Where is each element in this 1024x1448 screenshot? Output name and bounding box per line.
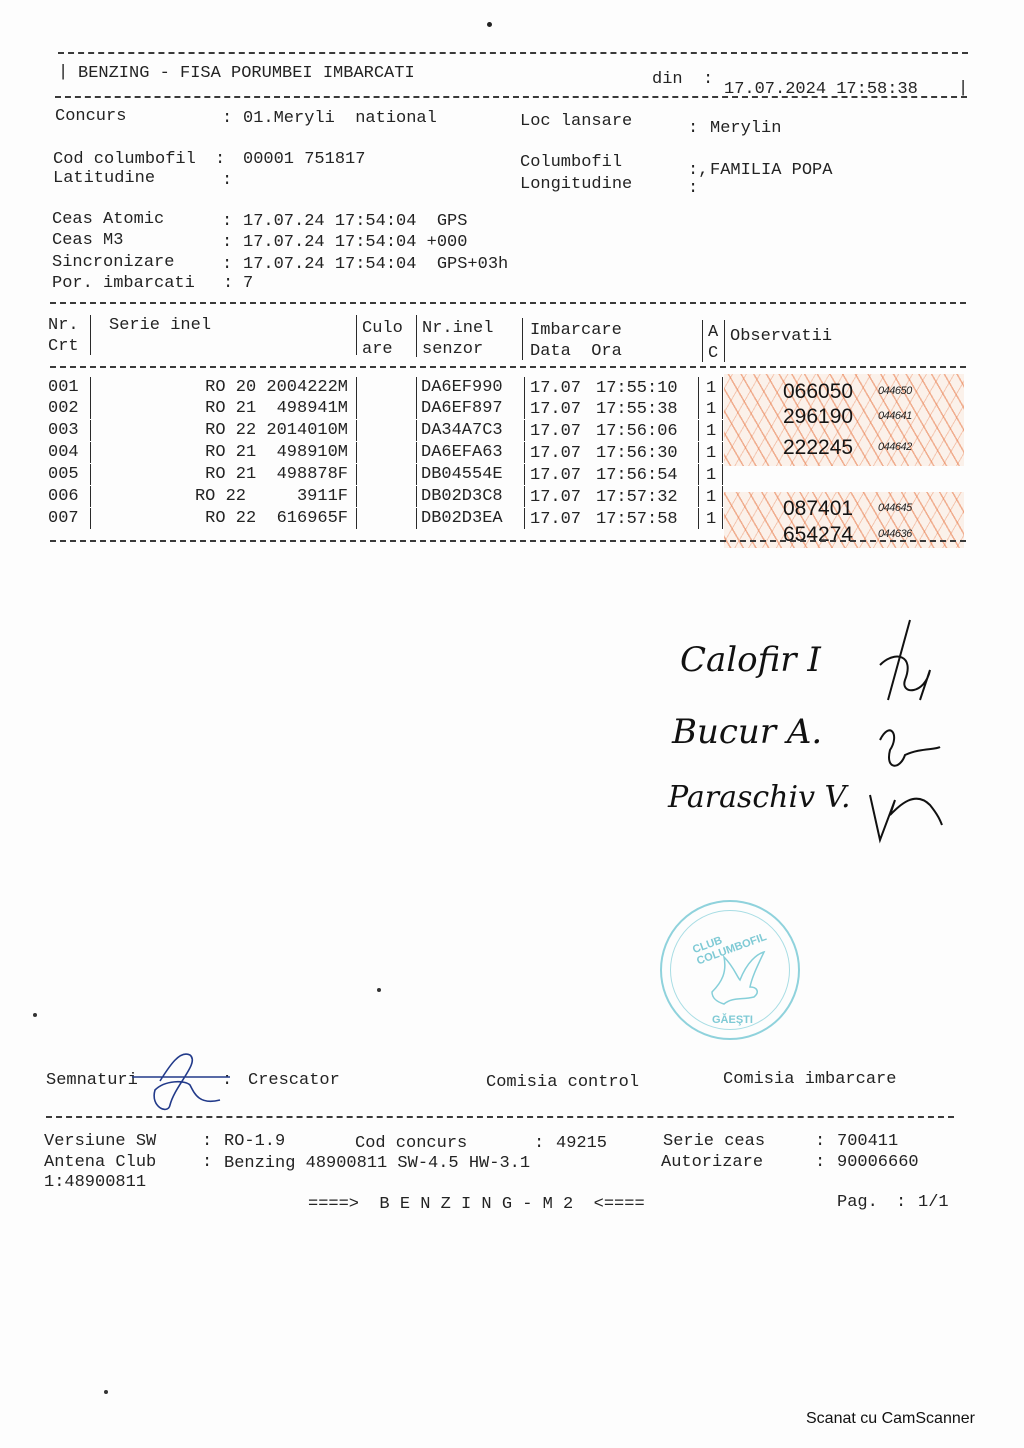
page-label: Pag. [837,1192,878,1213]
versiune-label: Versiune SW [44,1131,156,1152]
ceas-m3-label: Ceas M3 [52,230,123,251]
por-imbarcati-value: 7 [243,273,253,294]
table-row [48,377,728,398]
table-row [48,398,728,419]
por-imbarcati-label: Por. imbarcati [52,273,195,294]
handwritten-name-1: Calofir I [680,640,821,680]
col-imbarcare-header-1: Imbarcare [530,320,622,341]
versiune-value: RO-1.9 [224,1131,285,1152]
stamp-bottom-text: GĂEŞTI [712,1014,753,1026]
colon: : [534,1133,544,1154]
scan-speck [377,988,381,992]
col-serie-header: Serie inel [109,315,211,336]
colon: : [222,211,232,232]
col-nr-header-1: Nr. [48,315,79,336]
cell-observatii-stamp-number: 044645 [878,502,912,514]
cell-observatii-number: 222245 [783,436,853,460]
latitudine-label: Latitudine [53,168,155,189]
dove-icon [702,942,772,1012]
footer-rule [46,1116,954,1118]
colon: : [703,69,713,90]
colon: : [222,232,232,253]
colon: : [815,1152,825,1173]
concurs-value: 01.Meryli national [243,108,437,129]
autorizare-label: Autorizare [661,1152,763,1173]
antena-label: Antena Club [44,1152,156,1173]
scan-speck [104,1390,108,1394]
col-nr-header-2: Crt [48,336,79,357]
col-observatii-header: Observatii [730,326,832,347]
col-senzor-header-2: senzor [422,339,483,360]
camscanner-watermark: Scanat cu CamScanner [806,1410,975,1428]
scan-speck [487,22,492,27]
page-value: 1/1 [918,1192,949,1213]
comisia-imbarcare-label: Comisia imbarcare [723,1069,896,1090]
serie-ceas-label: Serie ceas [663,1131,765,1152]
cod-columbofil-value: 00001 751817 [243,149,365,170]
header-left-bar: | [58,62,68,83]
crescator-label: Crescator [248,1070,340,1091]
col-culoare-header-2: are [362,339,393,360]
col-divider [416,315,417,357]
scan-speck [33,1013,37,1017]
colon: : [202,1152,212,1173]
antena-value: Benzing 48900811 SW-4.5 HW-3.1 [224,1153,530,1174]
handwritten-name-3: Paraschiv V. [668,780,851,815]
colon: : [215,149,225,170]
cell-observatii-number: 296190 [783,405,853,429]
header-top-rule [58,52,968,54]
header-bottom-rule [55,96,967,98]
sincronizare-value: 17.07.24 17:54:04 GPS+03h [243,254,508,275]
device-banner: ====> B E N Z I N G - M 2 <==== [308,1194,645,1215]
crescator-signature-icon [130,1045,240,1115]
ceas-atomic-label: Ceas Atomic [52,209,164,230]
cell-observatii-number: 654274 [783,523,853,547]
cod-concurs-value: 49215 [556,1133,607,1154]
cell-observatii-stamp-number: 044642 [878,441,912,453]
antena-id: 1:48900811 [44,1172,146,1193]
header-date-label: din [652,69,683,90]
signature-scribbles-icon [860,610,970,860]
colon: : [222,170,232,191]
colon: : [222,254,232,275]
table-top-rule [50,302,966,304]
ceas-atomic-value: 17.07.24 17:54:04 GPS [243,211,467,232]
cell-observatii-stamp-number: 044650 [878,385,912,397]
table-header-rule [50,366,966,368]
col-divider [522,318,523,360]
loc-lansare-value: Merylin [710,118,781,139]
colon: : [223,273,233,294]
col-imbarcare-header-2: Data Ora [530,341,622,362]
colon: : [815,1131,825,1152]
cell-observatii-stamp-number: 044636 [878,528,912,540]
scanned-document: | BENZING - FISA PORUMBEI IMBARCATI din … [0,0,1024,1448]
document-title: BENZING - FISA PORUMBEI IMBARCATI [78,63,415,84]
table-row [48,420,728,441]
serie-ceas-value: 700411 [837,1131,898,1152]
colon: : [688,178,698,199]
cell-observatii-stamp-number: 044641 [878,410,912,422]
cell-observatii-number: 087401 [783,497,853,521]
table-row [48,464,728,485]
semnaturi-label: Semnaturi [46,1070,138,1091]
cod-concurs-label: Cod concurs [355,1133,467,1154]
autorizare-value: 90006660 [837,1152,919,1173]
col-ac-header-2: C [708,343,718,364]
table-row [48,508,728,529]
columbofil-value: FAMILIA POPA [710,160,832,181]
columbofil-label: Columbofil [520,152,622,173]
longitudine-label: Longitudine [520,174,632,195]
colon: : [202,1131,212,1152]
col-divider [356,315,357,355]
cell-observatii-number: 066050 [783,380,853,404]
sincronizare-label: Sincronizare [52,252,174,273]
col-senzor-header-1: Nr.inel [422,318,493,339]
table-row [48,442,728,463]
col-divider [702,320,703,362]
table-bottom-rule [50,540,966,542]
colon: : [896,1192,906,1213]
col-divider [90,315,91,355]
col-culoare-header-1: Culo [362,318,403,339]
ceas-m3-value: 17.07.24 17:54:04 +000 [243,232,467,253]
handwritten-name-2: Bucur A. [672,712,822,752]
colon: : [688,118,698,139]
concurs-label: Concurs [55,106,126,127]
col-divider [724,320,725,362]
club-stamp: CLUB COLUMBOFIL GĂEŞTI [660,900,800,1040]
col-ac-header-1: A [708,322,718,343]
table-row [48,486,728,507]
cod-columbofil-label: Cod columbofil [53,149,196,170]
comisia-control-label: Comisia control [486,1072,639,1093]
colon: : [222,108,232,129]
loc-lansare-label: Loc lansare [520,111,632,132]
